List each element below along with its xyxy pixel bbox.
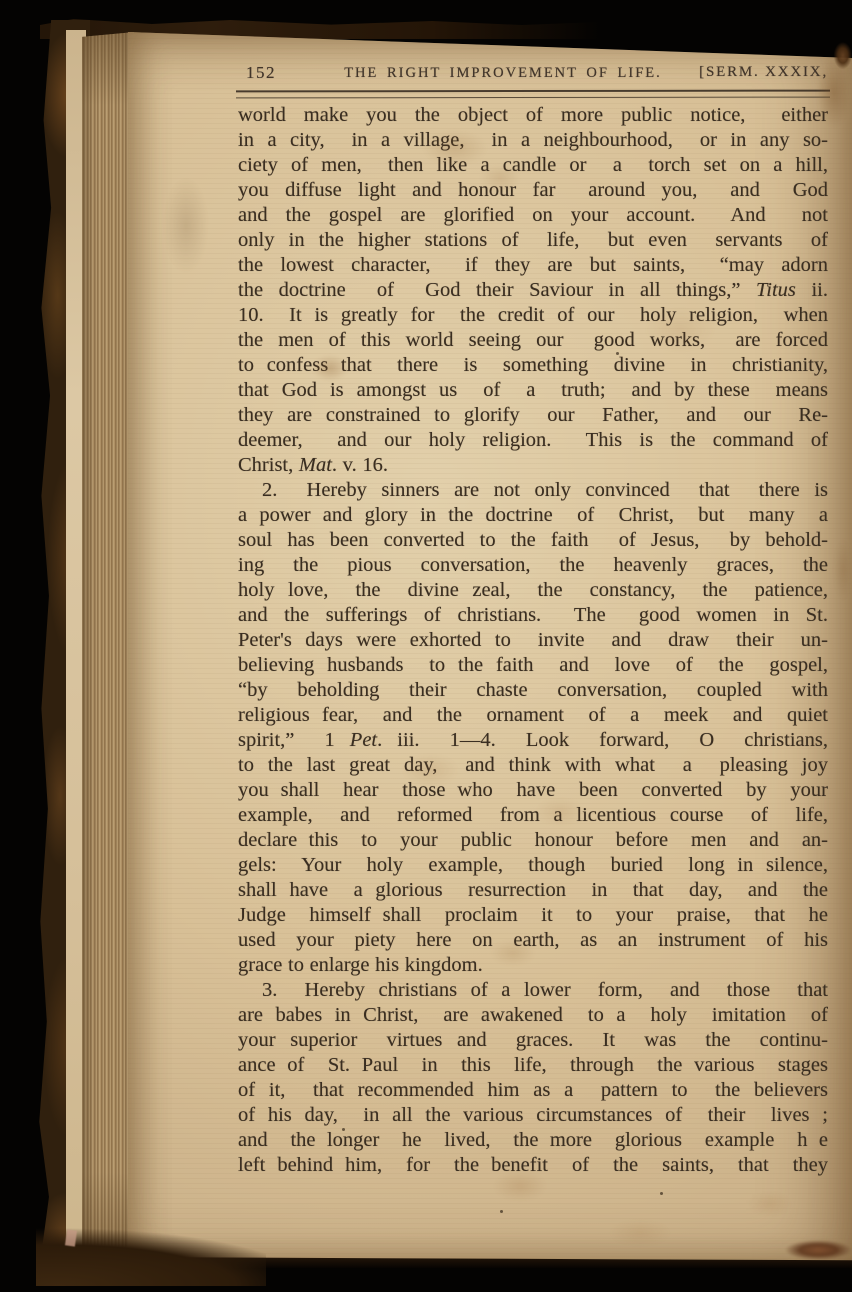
text-line: deemer, and our holy religion. This is t…	[238, 428, 828, 453]
text-line: a power and glory in the doctrine of Chr…	[238, 503, 828, 528]
page-number: 152	[246, 63, 276, 83]
text-line: used your piety here on earth, as an ins…	[238, 928, 828, 953]
text-line: spirit,” 1 Pet. iii. 1—4. Look forward, …	[238, 728, 828, 753]
text-line: of it, that recommended him as a pattern…	[238, 1078, 828, 1103]
text-line: gels: Your holy example, though buried l…	[238, 853, 828, 878]
text-line: in a city, in a village, in a neighbourh…	[238, 128, 828, 153]
text-line: your superior virtues and graces. It was…	[238, 1028, 828, 1053]
text-line: Christ, Mat. v. 16.	[238, 453, 828, 478]
text-line: holy love, the divine zeal, the constanc…	[238, 578, 828, 603]
page-fore-edge	[82, 32, 134, 1258]
text-line: the doctrine of God their Saviour in all…	[238, 278, 828, 303]
text-line: that God is amongst us of a truth; and b…	[238, 378, 828, 403]
text-line: you diffuse light and honour far around …	[238, 178, 828, 203]
text-line: religious fear, and the ornament of a me…	[238, 703, 828, 728]
text-line: ciety of men, then like a candle or a to…	[238, 153, 828, 178]
text-line: Peter's days were exhorted to invite and…	[238, 628, 828, 653]
text-line: declare this to your public honour befor…	[238, 828, 828, 853]
text-line: “by beholding their chaste conversation,…	[238, 678, 828, 703]
running-title: THE RIGHT IMPROVEMENT OF LIFE.	[333, 65, 673, 82]
text-line: example, and reformed from a licentious …	[238, 803, 828, 828]
text-line: grace to enlarge his kingdom.	[238, 953, 828, 978]
text-line: 10. It is greatly for the credit of our …	[238, 303, 828, 328]
text-line: and the gospel are glorified on your acc…	[238, 203, 828, 228]
text-line: the men of this world seeing our good wo…	[238, 328, 828, 353]
text-line: 2. Hereby sinners are not only convinced…	[238, 478, 828, 503]
book-page: 152 THE RIGHT IMPROVEMENT OF LIFE. [SERM…	[128, 28, 852, 1266]
text-line: ance of St. Paul in this life, through t…	[238, 1053, 828, 1078]
text-line: soul has been converted to the faith of …	[238, 528, 828, 553]
text-line: to confess that there is something divin…	[238, 353, 828, 378]
text-line: of his day, in all the various circumsta…	[238, 1103, 828, 1128]
text-line: left behind him, for the benefit of the …	[238, 1153, 828, 1178]
text-line: to the last great day, and think with wh…	[238, 753, 828, 778]
text-line: you shall hear those who have been conve…	[238, 778, 828, 803]
text-line: are babes in Christ, are awakened to a h…	[238, 1003, 828, 1028]
text-line: Judge himself shall proclaim it to your …	[238, 903, 828, 928]
text-line: world make you the object of more public…	[238, 103, 828, 128]
text-line: shall have a glorious resurrection in th…	[238, 878, 828, 903]
text-line: ing the pious conversation, the heavenly…	[238, 553, 828, 578]
book-scan-scene: 152 THE RIGHT IMPROVEMENT OF LIFE. [SERM…	[0, 0, 852, 1292]
bottom-leather-streak	[740, 1240, 852, 1260]
text-line: and the longer he lived, the more glorio…	[238, 1128, 828, 1153]
running-header: 152 THE RIGHT IMPROVEMENT OF LIFE. [SERM…	[128, 62, 852, 86]
text-line: they are constrained to glorify our Fath…	[238, 403, 828, 428]
text-line: 3. Hereby christians of a lower form, an…	[238, 978, 828, 1003]
text-line: only in the higher stations of life, but…	[238, 228, 828, 253]
header-double-rule	[236, 90, 830, 99]
text-line: the lowest character, if they are but sa…	[238, 253, 828, 278]
page-body-text: world make you the object of more public…	[238, 103, 828, 1178]
text-line: and the sufferings of christians. The go…	[238, 603, 828, 628]
text-line: believing husbands to the faith and love…	[238, 653, 828, 678]
book-corner-fragment	[806, 42, 852, 76]
